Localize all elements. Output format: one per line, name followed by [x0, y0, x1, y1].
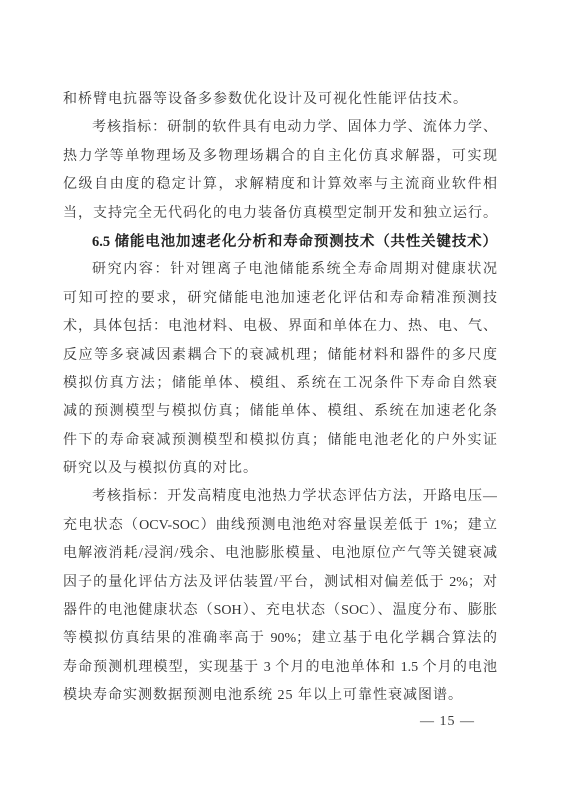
- body-line: 反应等多衰减因素耦合下的衰减机理；储能材料和器件的多尺度: [63, 342, 497, 370]
- body-line: 器件的电池健康状态（SOH）、充电状态（SOC）、温度分布、膨胀: [63, 597, 497, 625]
- body-line: 等模拟仿真结果的准确率高于 90%；建立基于电化学耦合算法的: [63, 625, 497, 653]
- body-line: 研究以及与模拟仿真的对比。: [63, 455, 497, 483]
- body-line: 当，支持完全无代码化的电力装备仿真模型定制开发和独立运行。: [63, 200, 497, 228]
- research-content-line: 研究内容：针对锂离子电池储能系统全寿命周期对健康状况: [63, 256, 497, 284]
- body-line: 和桥臂电抗器等设备多参数优化设计及可视化性能评估技术。: [63, 86, 497, 114]
- text-block: 和桥臂电抗器等设备多参数优化设计及可视化性能评估技术。 考核指标：研制的软件具有…: [63, 86, 497, 711]
- body-line: 件下的寿命衰减预测模型和模拟仿真；储能电池老化的户外实证: [63, 427, 497, 455]
- assessment-criteria-line: 考核指标：研制的软件具有电动力学、固体力学、流体力学、: [63, 114, 497, 142]
- body-line: 模块寿命实测数据预测电池系统 25 年以上可靠性衰减图谱。: [63, 682, 497, 710]
- body-line: 模拟仿真方法；储能单体、模组、系统在工况条件下寿命自然衰: [63, 370, 497, 398]
- body-line: 寿命预测机理模型，实现基于 3 个月的电池单体和 1.5 个月的电池: [63, 654, 497, 682]
- body-line: 减的预测模型与模拟仿真；储能单体、模组、系统在加速老化条: [63, 398, 497, 426]
- body-line: 术，具体包括：电池材料、电极、界面和单体在力、热、电、气、: [63, 313, 497, 341]
- body-line: 电解液消耗/浸润/残余、电池膨胀模量、电池原位产气等关键衰减: [63, 540, 497, 568]
- body-line: 因子的量化评估方法及评估装置/平台，测试相对偏差低于 2%；对: [63, 569, 497, 597]
- body-line: 亿级自由度的稳定计算，求解精度和计算效率与主流商业软件相: [63, 171, 497, 199]
- page-number: — 15 —: [420, 711, 475, 733]
- body-line: 热力学等单物理场及多物理场耦合的自主化仿真求解器，可实现: [63, 143, 497, 171]
- section-heading-6-5: 6.5 储能电池加速老化分析和寿命预测技术（共性关键技术）: [63, 228, 497, 256]
- document-page: 和桥臂电抗器等设备多参数优化设计及可视化性能评估技术。 考核指标：研制的软件具有…: [0, 0, 566, 800]
- assessment-criteria-line: 考核指标：开发高精度电池热力学状态评估方法，开路电压—: [63, 483, 497, 511]
- body-line: 充电状态（OCV-SOC）曲线预测电池绝对容量误差低于 1%；建立: [63, 512, 497, 540]
- body-line: 可知可控的要求，研究储能电池加速老化评估和寿命精准预测技: [63, 285, 497, 313]
